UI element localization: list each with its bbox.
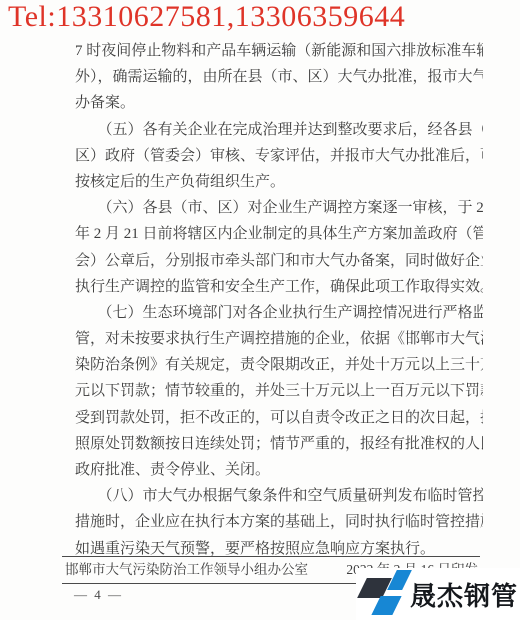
body-line: （七）生态环境部门对各企业执行生产调控情况进行严格监 (75, 300, 483, 326)
body-line: 管，对未按要求执行生产调控措施的企业，依据《邯郸市大气污 (75, 326, 483, 352)
body-line: 受到罚款处罚，拒不改正的，可以自责令改正之日的次日起，按 (75, 405, 483, 431)
company-name: 晟杰钢管 (410, 576, 518, 613)
body-line: 措施时，企业应在执行本方案的基础上，同时执行临时管控措施。 (75, 509, 483, 535)
body-line: 按核定后的生产负荷组织生产。 (75, 169, 483, 195)
body-line: （六）各县（市、区）对企业生产调控方案逐一审核，于 2022 (75, 195, 483, 221)
body-line: 政府批准、责令停业、关闭。 (75, 457, 483, 483)
scanned-document-page: Tel:13310627581,13306359644 7 时夜间停止物料和产品… (0, 0, 520, 620)
body-line: 7 时夜间停止物料和产品车辆运输（新能源和国六排放标准车辆除 (75, 38, 483, 64)
footer-issuer: 邯郸市大气污染防治工作领导小组办公室 (65, 562, 308, 578)
page-number: — 4 — (74, 587, 123, 603)
body-line: 染防治条例》有关规定，责令限期改正，并处十万元以上三十万 (75, 352, 483, 378)
company-watermark: 晟杰钢管 (356, 568, 520, 620)
body-line: 执行生产调控的监管和安全生产工作，确保此项工作取得实效。 (75, 274, 483, 300)
body-line: 元以下罚款；情节较重的，并处三十万元以上一百万元以下罚款； (75, 378, 483, 404)
body-line: 照原处罚数额按日连续处罚；情节严重的，报经有批准权的人民 (75, 431, 483, 457)
body-line: 办备案。 (75, 90, 483, 116)
overlay-phone-number: Tel:13310627581,13306359644 (8, 0, 405, 34)
logo-parallelogram-blue-bottom (371, 596, 401, 615)
body-line: 区）政府（管委会）审核、专家评估，并报市大气办批准后，可 (75, 143, 483, 169)
body-line: （五）各有关企业在完成治理并达到整改要求后，经各县（市、 (75, 117, 483, 143)
body-line: 外），确需运输的，由所在县（市、区）大气办批准，报市大气 (75, 64, 483, 90)
logo-parallelogram-blue-top (387, 570, 412, 590)
body-line: （八）市大气办根据气象条件和空气质量研判发布临时管控 (75, 483, 483, 509)
document-body: 7 时夜间停止物料和产品车辆运输（新能源和国六排放标准车辆除外），确需运输的，由… (75, 38, 483, 562)
body-line: 会）公章后，分别报市牵头部门和市大气办备案，同时做好企业 (75, 248, 483, 274)
body-line: 年 2 月 21 日前将辖区内企业制定的具体生产方案加盖政府（管委 (75, 221, 483, 247)
shengjie-logo-icon (356, 569, 410, 619)
